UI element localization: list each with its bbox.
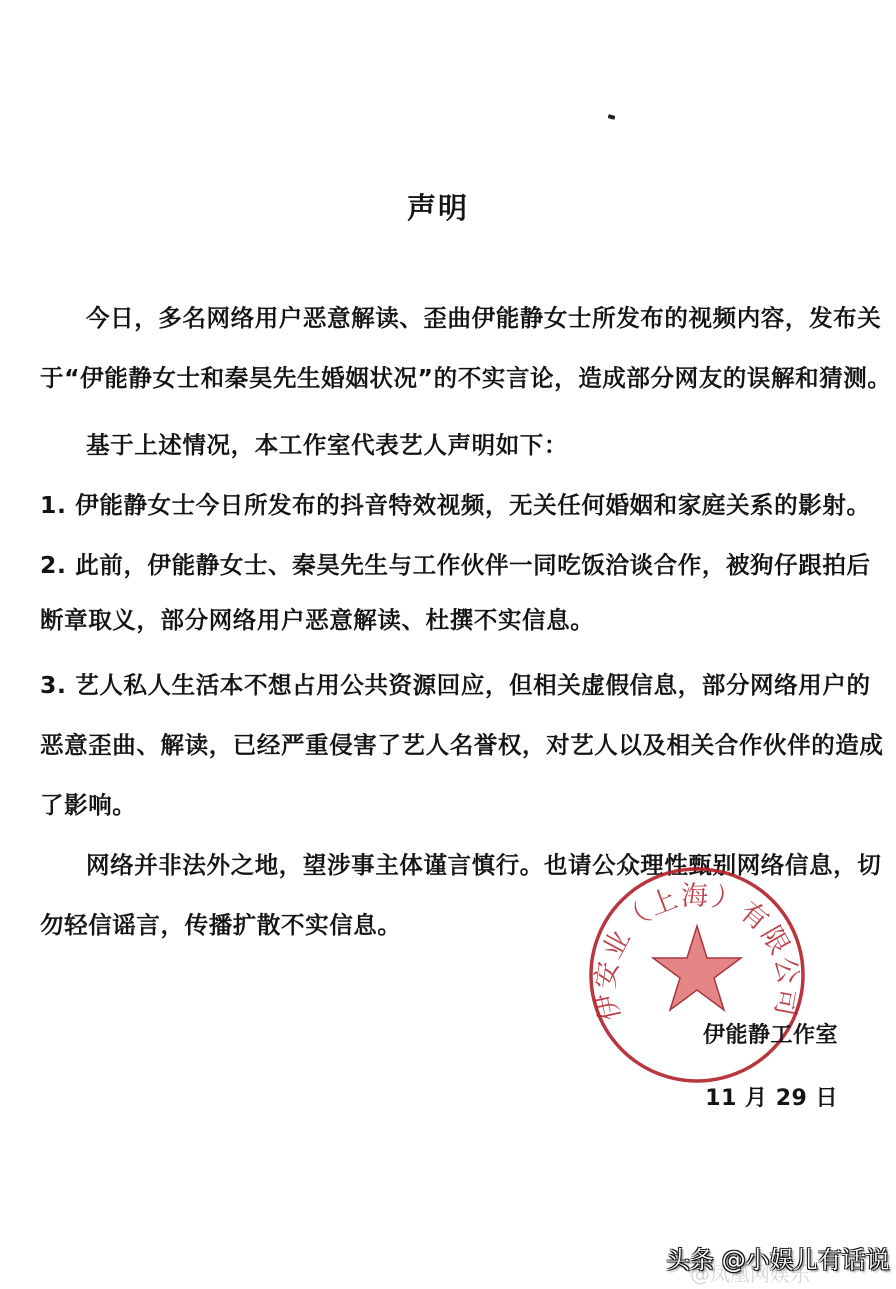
scan-mark	[608, 114, 616, 120]
item-3-line-3: 了影响。	[40, 790, 136, 820]
item-2-line-2: 断章取义，部分网络用户恶意解读、杜撰不实信息。	[40, 605, 594, 635]
item-1-line-1: 1. 伊能静女士今日所发布的抖音特效视频，无关任何婚姻和家庭关系的影射。	[40, 490, 871, 520]
paragraph-6-line-2: 勿轻信谣言，传播扩散不实信息。	[40, 910, 402, 940]
paragraph-2-line-1: 基于上述情况，本工作室代表艺人声明如下：	[86, 430, 568, 460]
document-title: 声明	[0, 186, 876, 227]
company-seal-stamp: 伊安业（上海）有限公司	[586, 864, 808, 1086]
date: 11 月 29 日	[705, 1081, 838, 1112]
watermark-primary: 头条 @小娱儿有话说	[666, 1240, 890, 1275]
item-3-line-1: 3. 艺人私人生活本不想占用公共资源回应，但相关虚假信息，部分网络用户的	[40, 670, 871, 700]
paragraph-1-line-2: 于“伊能静女士和秦昊先生婚姻状况”的不实言论，造成部分网友的误解和猜测。	[40, 363, 892, 393]
star-icon	[653, 926, 741, 1010]
item-2-line-1: 2. 此前，伊能静女士、秦昊先生与工作伙伴一同吃饭洽谈合作，被狗仔跟拍后	[40, 550, 871, 580]
paragraph-1-line-1: 今日，多名网络用户恶意解读、歪曲伊能静女士所发布的视频内容，发布关	[86, 303, 881, 333]
item-3-line-2: 恶意歪曲、解读，已经严重侵害了艺人名誉权，对艺人以及相关合作伙伴的造成	[40, 730, 884, 760]
signature: 伊能静工作室	[703, 1018, 838, 1049]
